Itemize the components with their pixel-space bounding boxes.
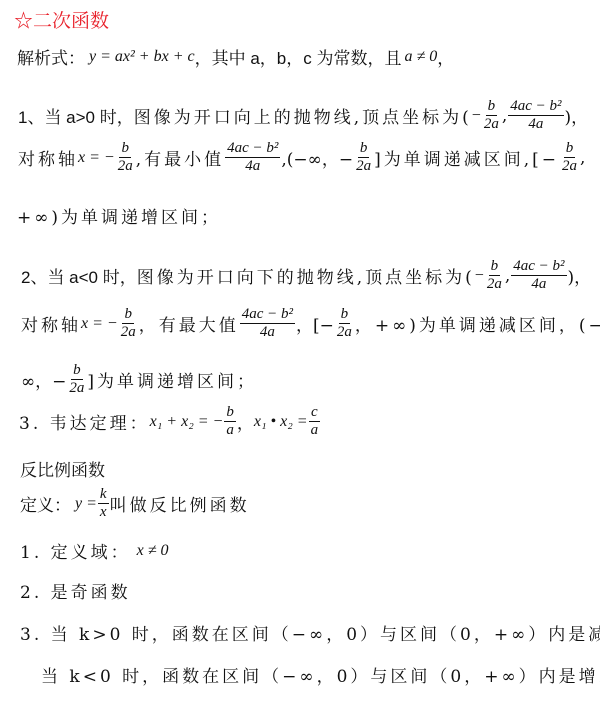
item-monotonic-kpos: 3. 当 k>0 时，函数在区间（−∞，0）与区间（0，+∞）内是减函数 [20, 620, 600, 645]
definition-text: 叫做反比例函数 [110, 491, 250, 516]
section-title-inverse: 反比例函数 [20, 456, 105, 481]
vieta-theorem: 3. 韦达定理： x₁ + x₂ = − ba ， x₁ • x₂ = ca [19, 404, 321, 439]
axis-label: 对称轴 [21, 311, 81, 336]
interval-text: ]为单调递增区间； [87, 367, 257, 392]
item-label: 当 k<0 时，函数在区间（−∞，0）与区间（0，+∞）内是增函数 [41, 662, 600, 687]
interval-text: +∞)为单调递增区间； [17, 203, 221, 228]
item-domain: 1. 定义域： x ≠ 0 [20, 538, 169, 563]
fraction-vertex-y: 4ac − b²4a [240, 306, 295, 341]
fraction-b-2a: b2a [560, 140, 579, 175]
minus-sign: − [472, 107, 481, 125]
interval-text: ]为单调递减区间,[− [374, 145, 559, 170]
fraction-k-x: kx [98, 486, 109, 521]
axis-equation: x = − [78, 149, 115, 167]
interval-text: ,(−∞，− [281, 145, 353, 170]
fraction-vertex-y: 4ac − b²4a [511, 258, 566, 293]
minus-sign: − [475, 267, 484, 285]
item-monotonic-kneg: 当 k<0 时，函数在区间（−∞，0）与区间（0，+∞）内是增函数 [41, 662, 600, 687]
fraction-b-2a: b2a [354, 140, 373, 175]
definition-eq: y = [75, 495, 97, 513]
fraction-b-2a: b2a [116, 140, 135, 175]
condition: a ≠ 0 [404, 48, 437, 66]
punct: ， [437, 44, 454, 69]
interval-text: ，[− [296, 311, 334, 336]
close-paren: )， [565, 103, 589, 128]
case2-line2: 对称轴 x = − b2a ，有最大值 4ac − b²4a ，[− b2a ，… [21, 306, 600, 341]
fraction-c-a: ca [309, 404, 321, 439]
case2-line3: ∞，− b2a ]为单调递增区间； [21, 362, 257, 397]
vieta-sum: x₁ + x₂ = − [150, 413, 224, 431]
max-value-text: ，有最大值 [139, 311, 239, 336]
star-icon: ☆二次函数 [14, 6, 109, 33]
min-value-text: ,有最小值 [136, 145, 224, 170]
case1-text: 图像为开口向上的抛物线,顶点坐标为( [134, 103, 472, 128]
separator: ， [237, 409, 254, 434]
axis-label: 对称轴 [18, 145, 78, 170]
quadratic-formula: y = ax² + bx + c [89, 48, 195, 66]
item-odd-function: 2. 是奇函数 [20, 578, 131, 603]
close-paren: )， [568, 263, 592, 288]
item-label: 1. 定义域： [20, 538, 131, 563]
definition-label: 定义： [20, 491, 71, 516]
case1-line2: 对称轴 x = − b2a ,有最小值 4ac − b²4a ,(−∞，− b2… [18, 140, 585, 175]
definition-line: 定义： y = kx 叫做反比例函数 [20, 486, 250, 521]
item-math: x ≠ 0 [137, 542, 169, 560]
fraction-vertex-y: 4ac − b²4a [508, 98, 563, 133]
formula-description: ，其中 a，b，c 为常数，且 [195, 44, 402, 69]
item-label: 3. 当 k>0 时，函数在区间（−∞，0）与区间（0，+∞）内是减函数 [20, 620, 600, 645]
fraction-b-2a: b2a [485, 258, 504, 293]
interval-text: ，+∞)为单调递减区间，(− [355, 311, 600, 336]
case2-line1: 2、当 a<0 时， 图像为开口向下的抛物线,顶点坐标为( − b2a , 4a… [21, 258, 591, 293]
section-title-quadratic: ☆二次函数 [14, 6, 109, 33]
fraction-b-a: ba [224, 404, 236, 439]
fraction-b-2a: b2a [482, 98, 501, 133]
case1-line1: 1、当 a>0 时， 图像为开口向上的抛物线,顶点坐标为( − b2a , 4a… [18, 98, 588, 133]
fraction-vertex-y: 4ac − b²4a [225, 140, 280, 175]
vieta-label: 3. 韦达定理： [19, 409, 150, 434]
item-label: 2. 是奇函数 [20, 578, 131, 603]
formula-label: 解析式： [17, 44, 85, 69]
case2-lead: 2、当 a<0 时， [21, 263, 137, 288]
section-title: 反比例函数 [20, 456, 105, 481]
case1-line3: +∞)为单调递增区间； [17, 203, 221, 228]
axis-equation: x = − [81, 315, 118, 333]
fraction-b-2a: b2a [335, 306, 354, 341]
interval-text: ∞，− [21, 367, 66, 392]
formula-line: 解析式： y = ax² + bx + c ，其中 a，b，c 为常数，且 a … [17, 44, 454, 69]
fraction-b-2a: b2a [119, 306, 138, 341]
case2-text: 图像为开口向下的抛物线,顶点坐标为( [137, 263, 475, 288]
fraction-b-2a: b2a [67, 362, 86, 397]
vieta-product: x₁ • x₂ = [254, 413, 308, 431]
case1-lead: 1、当 a>0 时， [18, 103, 134, 128]
